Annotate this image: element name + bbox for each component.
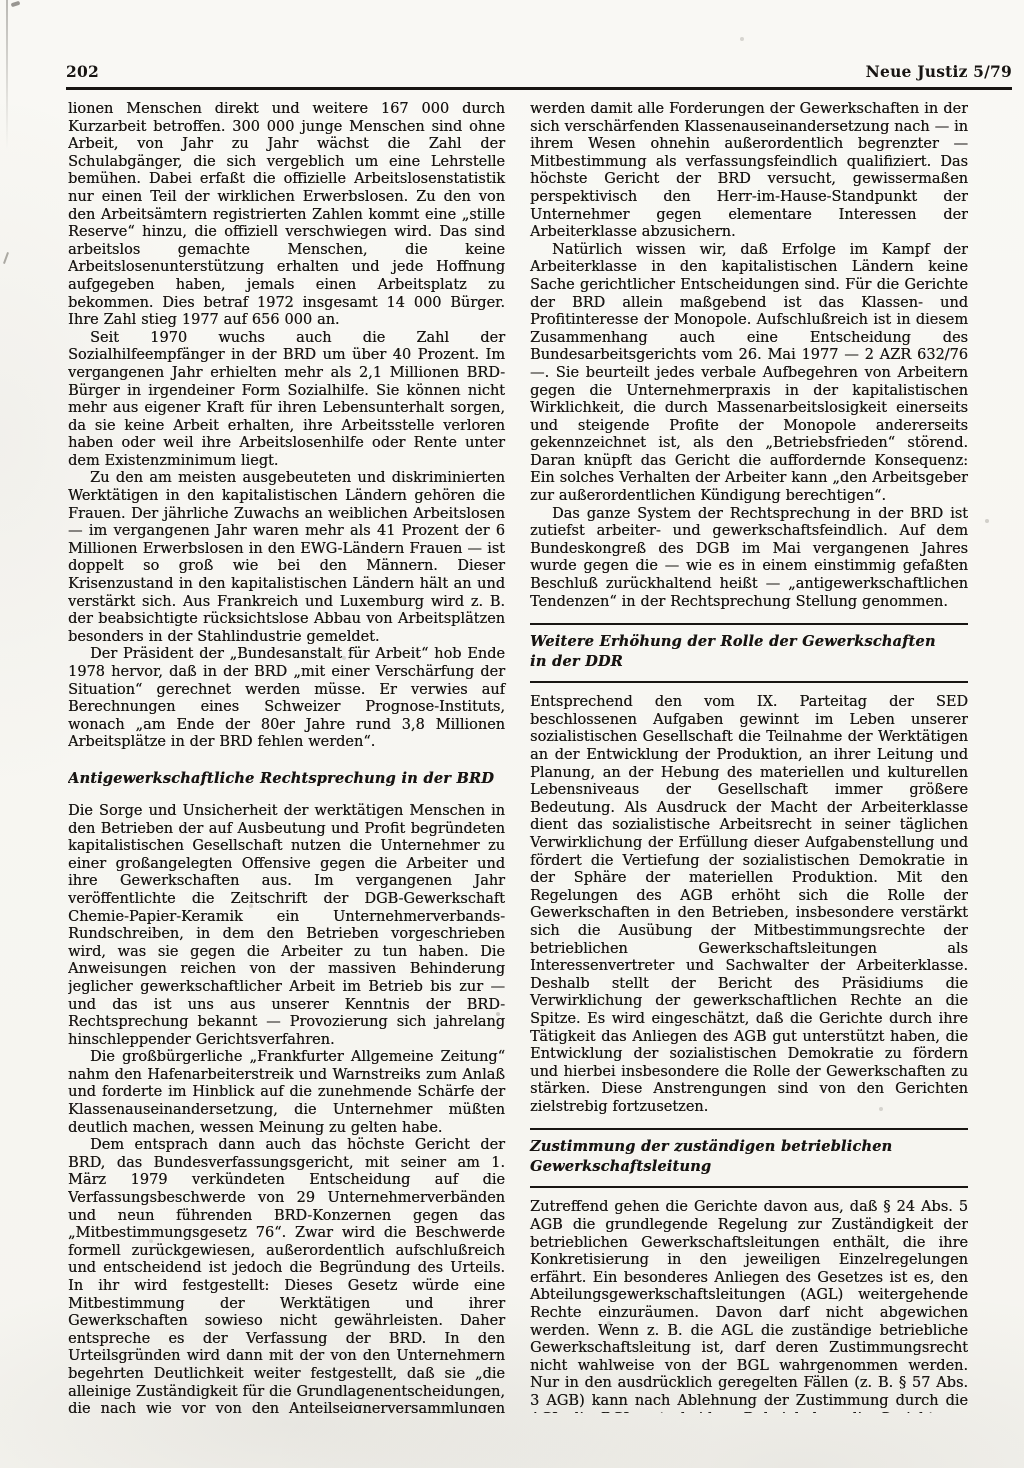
paragraph: Dem entsprach dann auch das höchste Geri…: [68, 1137, 505, 1413]
paragraph: Das ganze System der Rechtsprechung in d…: [530, 506, 968, 612]
journal-page-scan: 202 Neue Justiz 5/79 lionen Menschen dir…: [0, 0, 1024, 1468]
header-rule: [66, 87, 1012, 90]
paragraph: Der Präsident der „Bundesanstalt für Arb…: [68, 646, 505, 752]
scan-artifact-slash: [3, 252, 9, 264]
paragraph: Die Sorge und Unsicherheit der werktätig…: [68, 803, 505, 1049]
journal-title: Neue Justiz 5/79: [866, 64, 1012, 80]
scan-artifact-edge-line: [6, 0, 8, 150]
paragraph-continuation: werden damit alle Forderungen der Gewerk…: [530, 101, 968, 242]
paragraph: Seit 1970 wuchs auch die Zahl der Sozial…: [68, 330, 505, 471]
left-column: lionen Menschen direkt und weitere 167 0…: [68, 101, 505, 1413]
right-column: werden damit alle Forderungen der Gewerk…: [530, 101, 968, 1413]
page-header: 202 Neue Justiz 5/79: [66, 64, 1012, 80]
paragraph: Die großbürgerliche „Frankfurter Allgeme…: [68, 1049, 505, 1137]
text-columns: lionen Menschen direkt und weitere 167 0…: [68, 101, 968, 1413]
paragraph: Entsprechend den vom IX. Parteitag der S…: [530, 694, 968, 1116]
paragraph-continuation: lionen Menschen direkt und weitere 167 0…: [68, 101, 505, 330]
section-heading-rolle-der-gewerkschaften-ddr: Weitere Erhöhung der Rolle der Gewerksch…: [530, 623, 968, 683]
paragraph: Zu den am meisten ausgebeuteten und disk…: [68, 470, 505, 646]
scan-artifact-corner-blot: [11, 1, 21, 8]
paragraph: Natürlich wissen wir, daß Erfolge im Kam…: [530, 242, 968, 506]
section-heading-zustimmung-gewerkschaftsleitung: Zustimmung der zuständigen betrieblichen…: [530, 1128, 968, 1188]
scan-artifact-specks: [0, 0, 2, 2]
page-number: 202: [66, 64, 99, 80]
paragraph: Zutreffend gehen die Gerichte davon aus,…: [530, 1199, 968, 1413]
section-heading-antigewerkschaftliche-rechtsprechung: Antigewerkschaftliche Rechtsprechung in …: [68, 769, 505, 789]
